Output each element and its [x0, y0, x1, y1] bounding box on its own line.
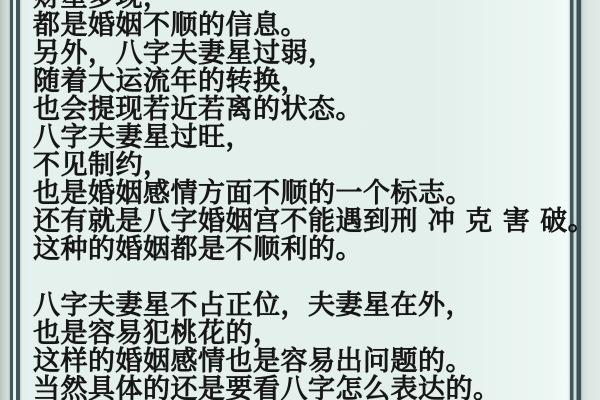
text-line: 这样的婚姻感情也是容易出问题的。 [33, 348, 582, 376]
text-line: 另外，八字夫妻星过弱， [33, 40, 582, 68]
text-line: 这种的婚姻都是不顺利的。 [33, 236, 582, 264]
text-line: 不见制约， [33, 152, 582, 180]
text-line: 八字夫妻星不占正位，夫妻星在外， [33, 292, 582, 320]
text-line: 也是容易犯桃花的， [33, 320, 582, 348]
right-margin-gutter [581, 0, 600, 400]
left-margin-gutter [0, 0, 10, 400]
text-line: 八字夫妻星过旺， [33, 124, 582, 152]
text-line-blank [33, 264, 582, 292]
text-line: 随着大运流年的转换， [33, 68, 582, 96]
text-line: 都是婚姻不顺的信息。 [33, 12, 582, 40]
text-line: 也会提现若近若离的状态。 [33, 96, 582, 124]
text-line: 也是婚姻感情方面不顺的一个标志。 [33, 180, 582, 208]
text-block: 财星多现， 都是婚姻不顺的信息。 另外，八字夫妻星过弱， 随着大运流年的转换， … [33, 0, 582, 400]
text-image-page: 财星多现， 都是婚姻不顺的信息。 另外，八字夫妻星过弱， 随着大运流年的转换， … [0, 0, 600, 400]
text-line: 还有就是八字婚姻宫不能遇到刑 冲 克 害 破。 [33, 208, 582, 236]
left-double-border [10, 0, 20, 400]
text-line: 当然具体的还是要看八字怎么表达的。 [33, 376, 582, 400]
